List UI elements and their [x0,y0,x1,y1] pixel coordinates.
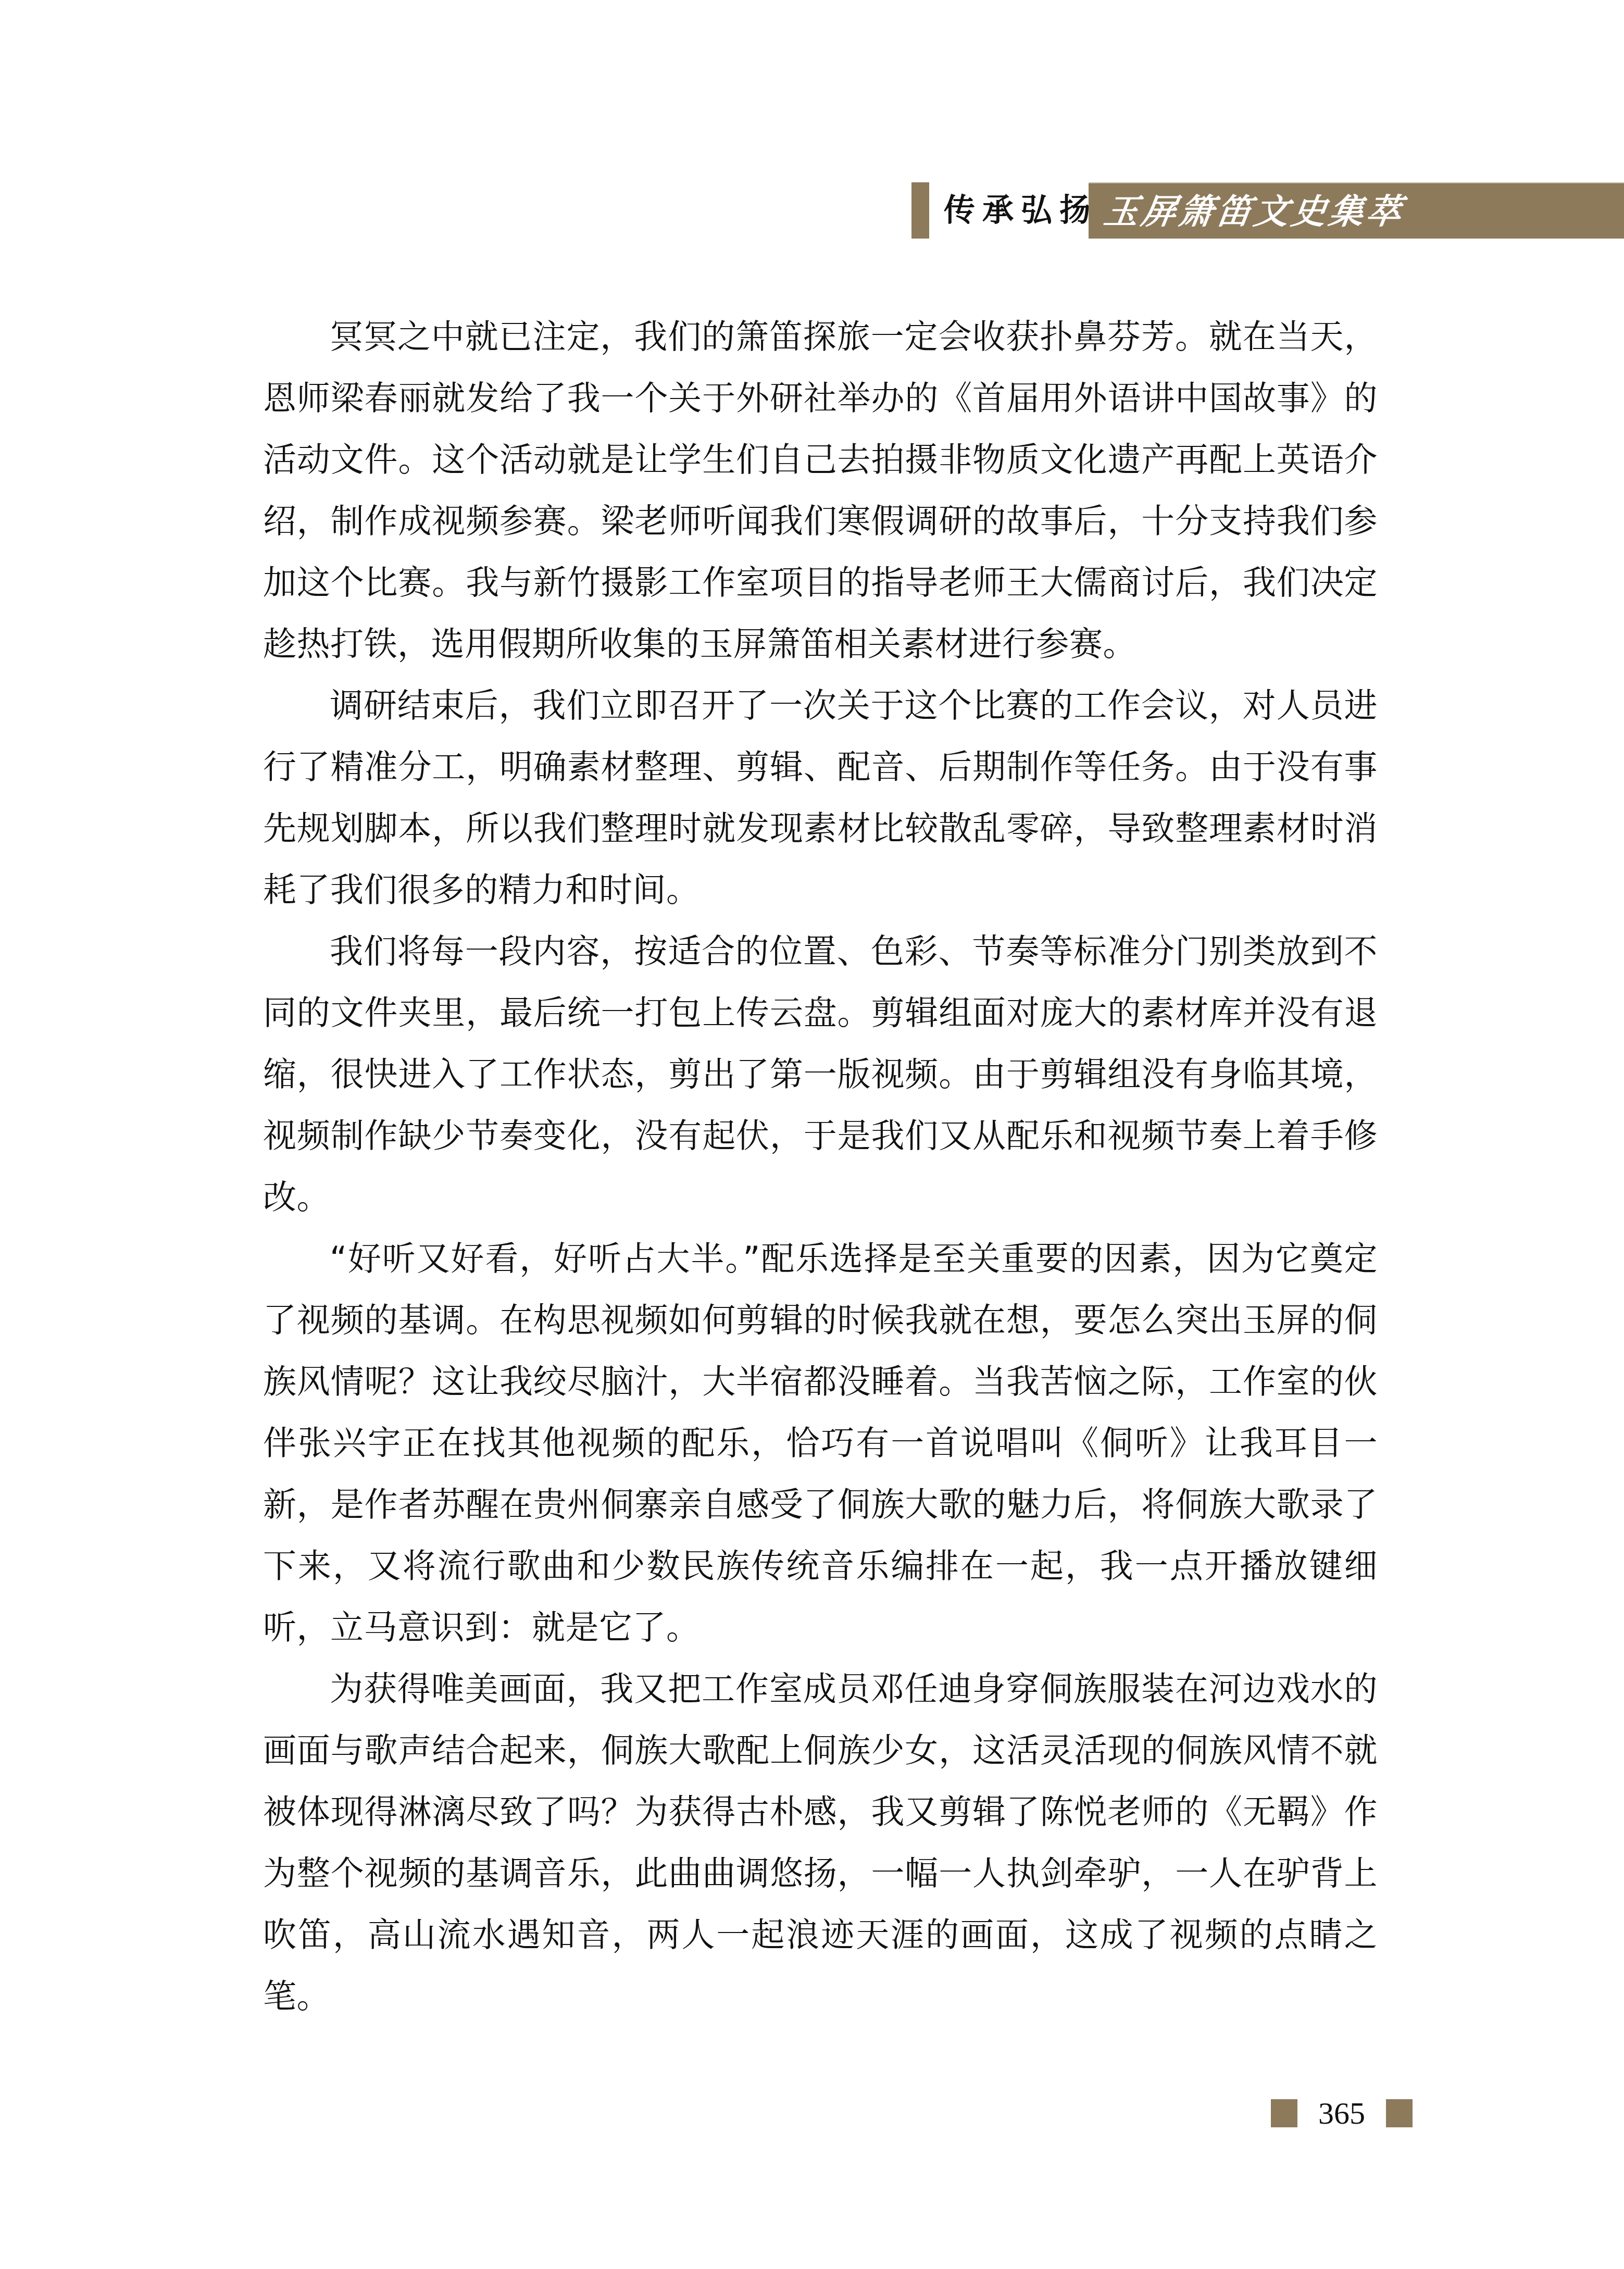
page-number: 365 [1297,2099,1386,2127]
page-footer: 365 [1271,2099,1413,2127]
folio-square-right-icon [1386,2099,1413,2127]
section-title: 传承弘扬 [944,189,1098,232]
article-body: 冥冥之中就已注定，我们的箫笛探旅一定会收获扑鼻芬芳。就在当天，恩师梁春丽就发给了… [263,306,1378,2027]
paragraph: “好听又好看，好听占大半。”配乐选择是至关重要的因素，因为它奠定了视频的基调。在… [263,1228,1378,1659]
book-title-calligraphy: 玉屏箫笛文史集萃 [1101,188,1408,235]
folio-square-left-icon [1271,2099,1297,2127]
paragraph: 调研结束后，我们立即召开了一次关于这个比赛的工作会议，对人员进行了精准分工，明确… [263,675,1378,921]
paragraph: 冥冥之中就已注定，我们的箫笛探旅一定会收获扑鼻芬芳。就在当天，恩师梁春丽就发给了… [263,306,1378,675]
book-title-banner: 玉屏箫笛文史集萃 [1089,182,1624,239]
paragraph: 我们将每一段内容，按适合的位置、色彩、节奏等标准分门别类放到不同的文件夹里，最后… [263,921,1378,1228]
paragraph: 为获得唯美画面，我又把工作室成员邓任迪身穿侗族服装在河边戏水的画面与歌声结合起来… [263,1659,1378,2027]
header-accent-block [911,182,929,239]
running-header: 传承弘扬 玉屏箫笛文史集萃 [911,182,1624,239]
